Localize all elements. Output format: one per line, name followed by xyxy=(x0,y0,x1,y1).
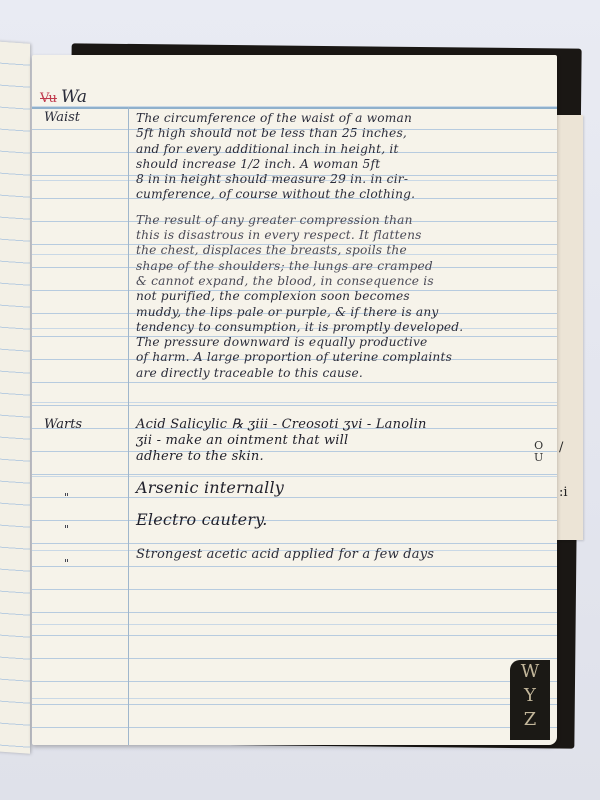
text-line: not purified, the complexion soon become… xyxy=(136,289,463,304)
text-line: this is disastrous in every respect. It … xyxy=(136,228,463,243)
left-page-edge xyxy=(0,40,30,753)
margin-line xyxy=(128,107,129,745)
keyword-warts: Warts xyxy=(44,417,82,432)
notebook-page: VuWa Waist The circumference of the wais… xyxy=(32,55,557,745)
text-line: and for every additional inch in height,… xyxy=(136,142,463,157)
page-header: VuWa xyxy=(40,87,87,107)
keyword-waist: Waist xyxy=(44,110,80,125)
ditto-mark: " xyxy=(64,523,69,536)
tab-letter: Z xyxy=(510,708,550,732)
text-line: The circumference of the waist of a woma… xyxy=(136,111,463,126)
text-line: of harm. A large proportion of uterine c… xyxy=(136,350,463,365)
text-line: 5ft high should not be less than 25 inch… xyxy=(136,126,463,141)
entry-electro-cautery: Electro cautery. xyxy=(136,512,268,527)
thumb-index-tab: W Y Z xyxy=(510,660,550,740)
index-strip-mark: / xyxy=(559,440,563,455)
text-line: cumference, of course without the clothi… xyxy=(136,187,463,202)
text-line: The result of any greater compression th… xyxy=(136,213,463,228)
text-line: 8 in in height should measure 29 in. in … xyxy=(136,172,463,187)
tab-letter: Y xyxy=(510,684,550,708)
ditto-mark: " xyxy=(64,557,69,570)
text-line: should increase 1/2 inch. A woman 5ft xyxy=(136,157,463,172)
text-line: & cannot expand, the blood, in consequen… xyxy=(136,274,463,289)
ditto-mark: " xyxy=(64,491,69,504)
tab-letter: W xyxy=(510,660,550,684)
entry-acetic-acid: Strongest acetic acid applied for a few … xyxy=(136,547,434,562)
text-line: muddy, the lips pale or purple, & if the… xyxy=(136,305,463,320)
struck-letters: Vu xyxy=(40,91,57,106)
header-letters: Wa xyxy=(61,87,87,107)
entry-waist-text: The circumference of the waist of a woma… xyxy=(136,111,463,381)
text-line: ʒii - make an ointment that will xyxy=(136,433,427,449)
text-line: tendency to consumption, it is promptly … xyxy=(136,320,463,335)
index-strip-mark: :i xyxy=(559,485,568,500)
entry-arsenic: Arsenic internally xyxy=(136,480,284,495)
side-mark: U xyxy=(534,452,543,464)
side-marks: O U xyxy=(534,440,543,464)
text-line: The pressure downward is equally product… xyxy=(136,335,463,350)
entry-warts-text: Acid Salicylic ℞ ʒiii - Creosoti ʒvi - L… xyxy=(136,417,427,465)
text-line: the chest, displaces the breasts, spoils… xyxy=(136,243,463,258)
text-line xyxy=(136,203,463,213)
text-line: Acid Salicylic ℞ ʒiii - Creosoti ʒvi - L… xyxy=(136,417,427,433)
text-line: shape of the shoulders; the lungs are cr… xyxy=(136,259,463,274)
text-line: are directly traceable to this cause. xyxy=(136,366,463,381)
text-line: adhere to the skin. xyxy=(136,449,427,465)
header-rule xyxy=(32,107,557,109)
